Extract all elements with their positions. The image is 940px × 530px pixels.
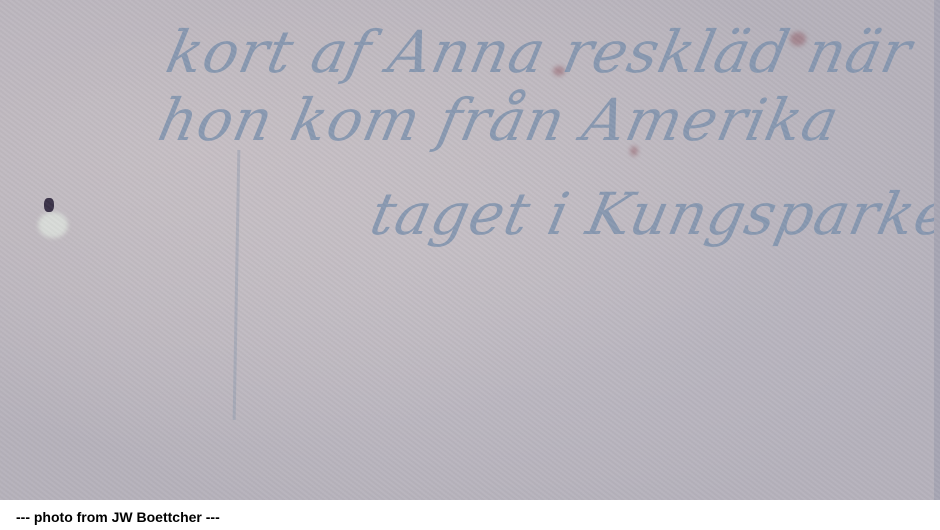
photo-edge	[934, 0, 940, 500]
photo-back: kort af Anna reskläd när hon kom från Am…	[0, 0, 940, 500]
pencil-stroke	[233, 150, 241, 420]
handwriting-line-1: kort af Anna reskläd när	[161, 18, 918, 86]
handwriting-line-3: taget i Kungsparken	[365, 180, 940, 248]
photo-caption: --- photo from JW Boettcher ---	[16, 509, 220, 525]
faded-spot	[38, 212, 68, 238]
handwriting-line-2: hon kom från Amerika	[153, 86, 846, 154]
ink-blot	[44, 198, 54, 212]
